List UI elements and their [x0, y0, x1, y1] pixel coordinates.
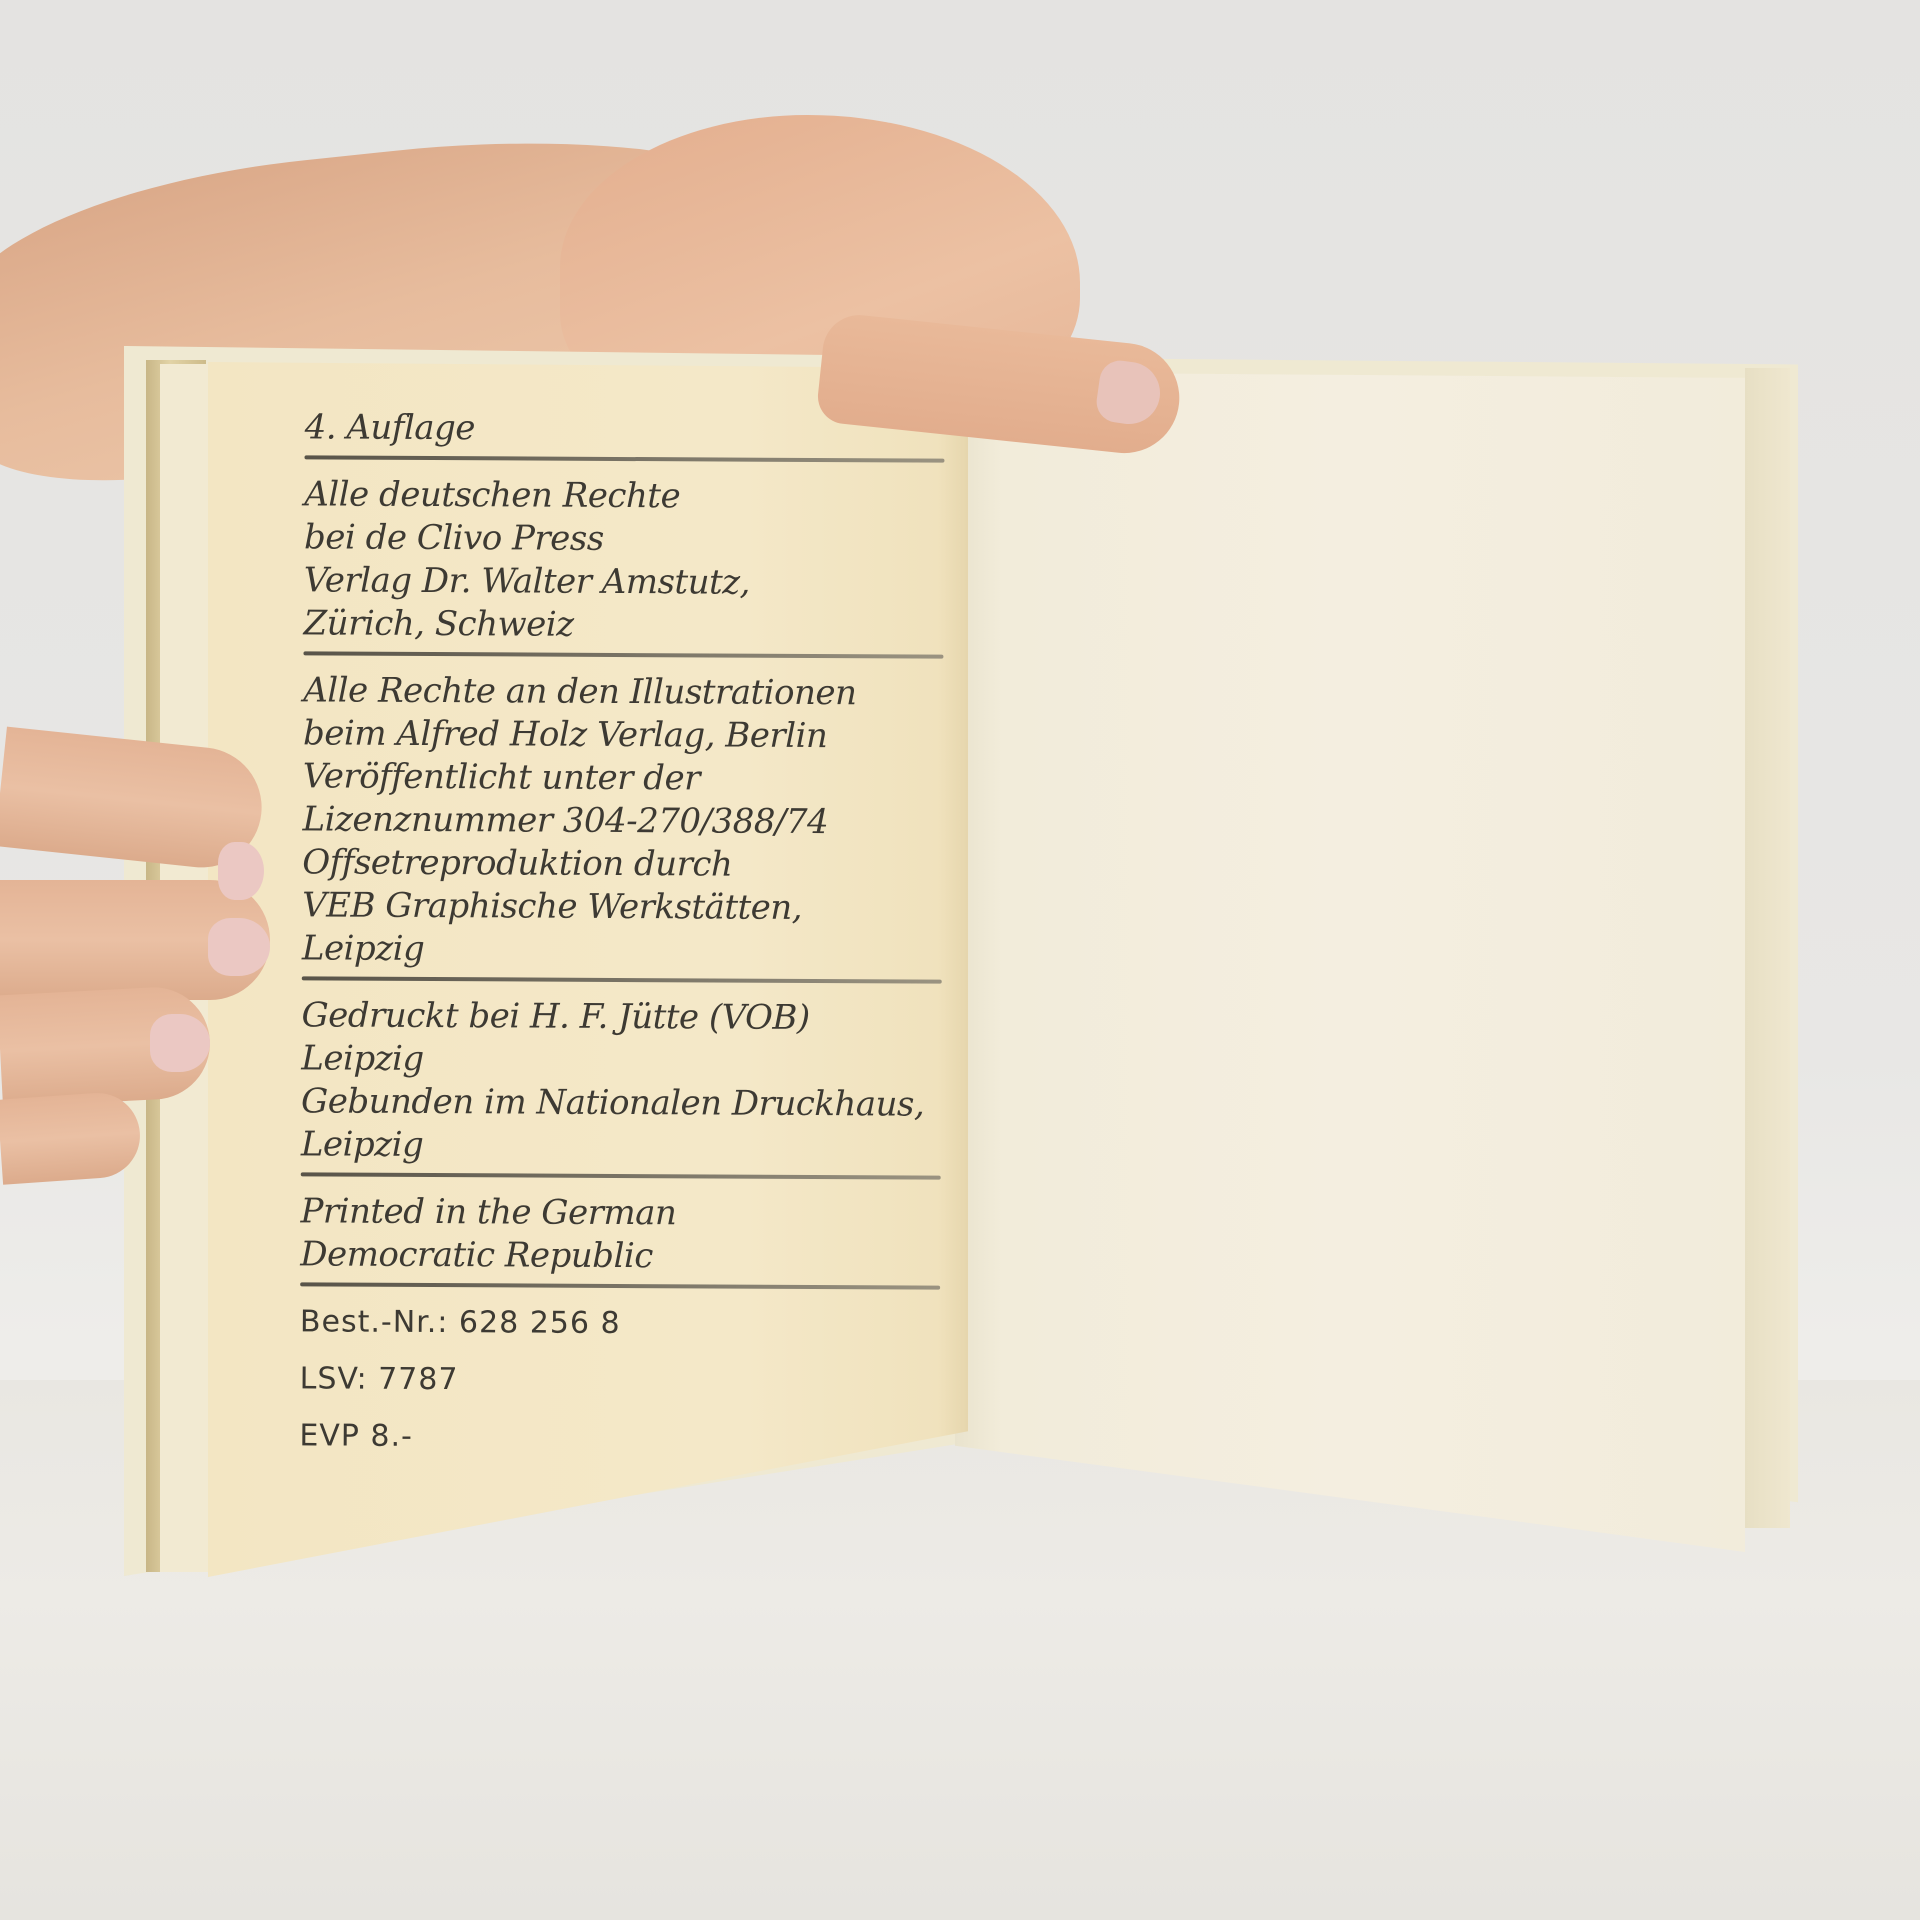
imprint-text: 4. Auflage Alle deutschen Rechte bei de … — [299, 406, 944, 1460]
illustration-line: Offsetreproduktion durch — [302, 841, 942, 887]
fingernail — [218, 842, 264, 900]
illustration-line: Leipzig — [302, 927, 942, 973]
divider-rule — [304, 455, 944, 462]
rights-line: Verlag Dr. Walter Amstutz, — [304, 559, 944, 605]
country-line: Democratic Republic — [300, 1233, 940, 1279]
left-hand-finger — [0, 1090, 143, 1185]
illustration-line: Alle Rechte an den Illustrationen — [303, 669, 943, 715]
illustration-line: Veröffentlicht unter der — [303, 755, 943, 801]
right-blank-page[interactable] — [955, 372, 1745, 1552]
divider-rule — [300, 1282, 940, 1289]
printing-line: Gedruckt bei H. F. Jütte (VOB) — [301, 994, 941, 1040]
fingernail — [150, 1014, 210, 1072]
right-page-block-edge — [1745, 368, 1790, 1528]
license-number-line: Lizenznummer 304-270/388/74 — [302, 798, 942, 844]
lsv-number: LSV: 7787 — [300, 1357, 940, 1403]
rights-line: Zürich, Schweiz — [304, 602, 944, 648]
country-line: Printed in the German — [300, 1190, 940, 1236]
price: EVP 8.- — [299, 1414, 939, 1460]
fingernail — [208, 918, 270, 976]
illustration-line: VEB Graphische Werkstätten, — [302, 884, 942, 930]
divider-rule — [303, 651, 943, 658]
divider-rule — [301, 1172, 941, 1179]
printing-line: Gebunden im Nationalen Druckhaus, — [301, 1080, 941, 1126]
order-number: Best.-Nr.: 628 256 8 — [300, 1300, 940, 1346]
rights-line: Alle deutschen Rechte — [304, 473, 944, 519]
illustration-line: beim Alfred Holz Verlag, Berlin — [303, 712, 943, 758]
divider-rule — [302, 976, 942, 983]
printing-line: Leipzig — [301, 1037, 941, 1083]
rights-line: bei de Clivo Press — [304, 516, 944, 562]
printing-line: Leipzig — [301, 1123, 941, 1169]
